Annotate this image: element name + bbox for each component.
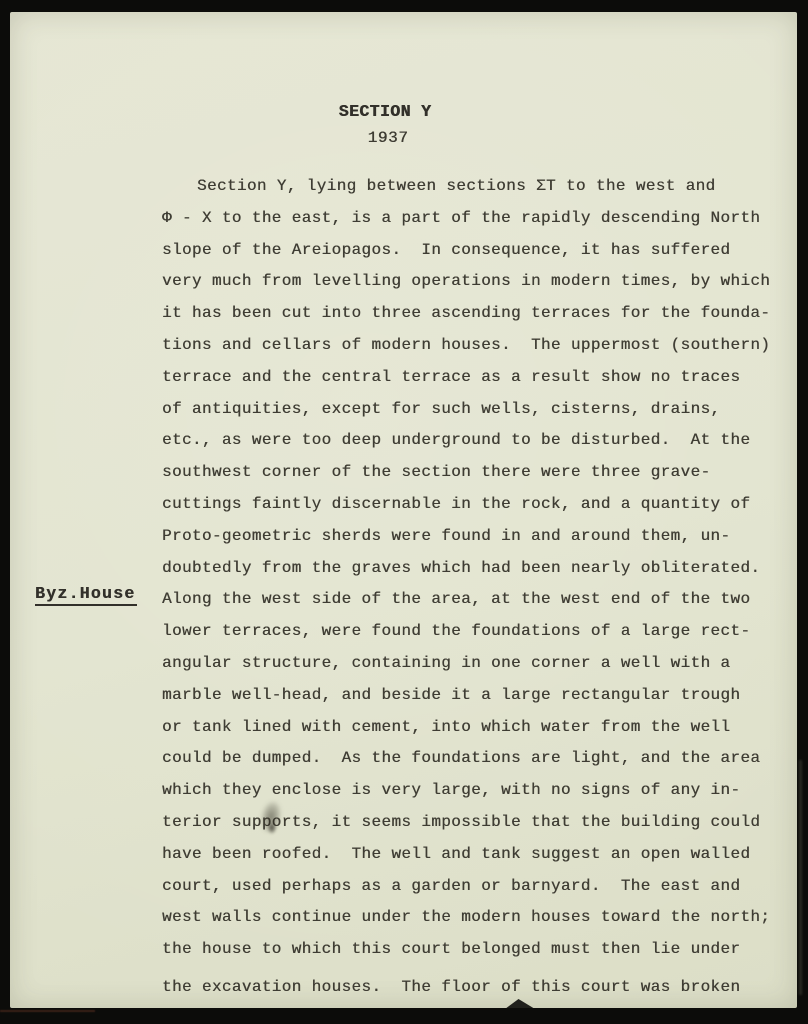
text-line: terrace and the central terrace as a res… [162, 362, 787, 394]
photo-background: SECTION Y 1937 Byz.House Section Y, lyin… [0, 0, 808, 1024]
paper-edge-hairline [0, 1010, 95, 1012]
text-line: the excavation houses. The floor of this… [162, 972, 787, 1004]
text-line: it has been cut into three ascending ter… [162, 298, 787, 330]
text-line: court, used perhaps as a garden or barny… [162, 871, 787, 903]
section-title: SECTION Y [339, 102, 432, 121]
text-line: marble well-head, and beside it a large … [162, 680, 787, 712]
ink-smudge-dot [266, 820, 278, 836]
text-line: angular structure, containing in one cor… [162, 648, 787, 680]
text-line: doubtedly from the graves which had been… [162, 553, 787, 585]
document-page: SECTION Y 1937 Byz.House Section Y, lyin… [10, 12, 797, 1008]
text-line: Along the west side of the area, at the … [162, 584, 787, 616]
text-line: which they enclose is very large, with n… [162, 775, 787, 807]
document-body: Section Y, lying between sections ΣT to … [162, 171, 787, 1004]
text-line: could be dumped. As the foundations are … [162, 743, 787, 775]
page-edge-sliver [799, 760, 802, 995]
text-line: Proto-geometric sherds were found in and… [162, 521, 787, 553]
text-line: very much from levelling operations in m… [162, 266, 787, 298]
text-line: of antiquities, except for such wells, c… [162, 394, 787, 426]
text-line: Section Y, lying between sections ΣT to … [162, 171, 787, 203]
text-line: cuttings faintly discernable in the rock… [162, 489, 787, 521]
text-line: have been roofed. The well and tank sugg… [162, 839, 787, 871]
text-line: lower terraces, were found the foundatio… [162, 616, 787, 648]
text-line: west walls continue under the modern hou… [162, 902, 787, 934]
text-line: Φ - X to the east, is a part of the rapi… [162, 203, 787, 235]
text-line: tions and cellars of modern houses. The … [162, 330, 787, 362]
margin-note-byz-house: Byz.House [35, 584, 137, 606]
text-line: or tank lined with cement, into which wa… [162, 712, 787, 744]
text-line: the house to which this court belonged m… [162, 934, 787, 966]
text-line: southwest corner of the section there we… [162, 457, 787, 489]
text-line: etc., as were too deep underground to be… [162, 425, 787, 457]
section-year: 1937 [368, 129, 409, 147]
text-line: slope of the Areiopagos. In consequence,… [162, 235, 787, 267]
